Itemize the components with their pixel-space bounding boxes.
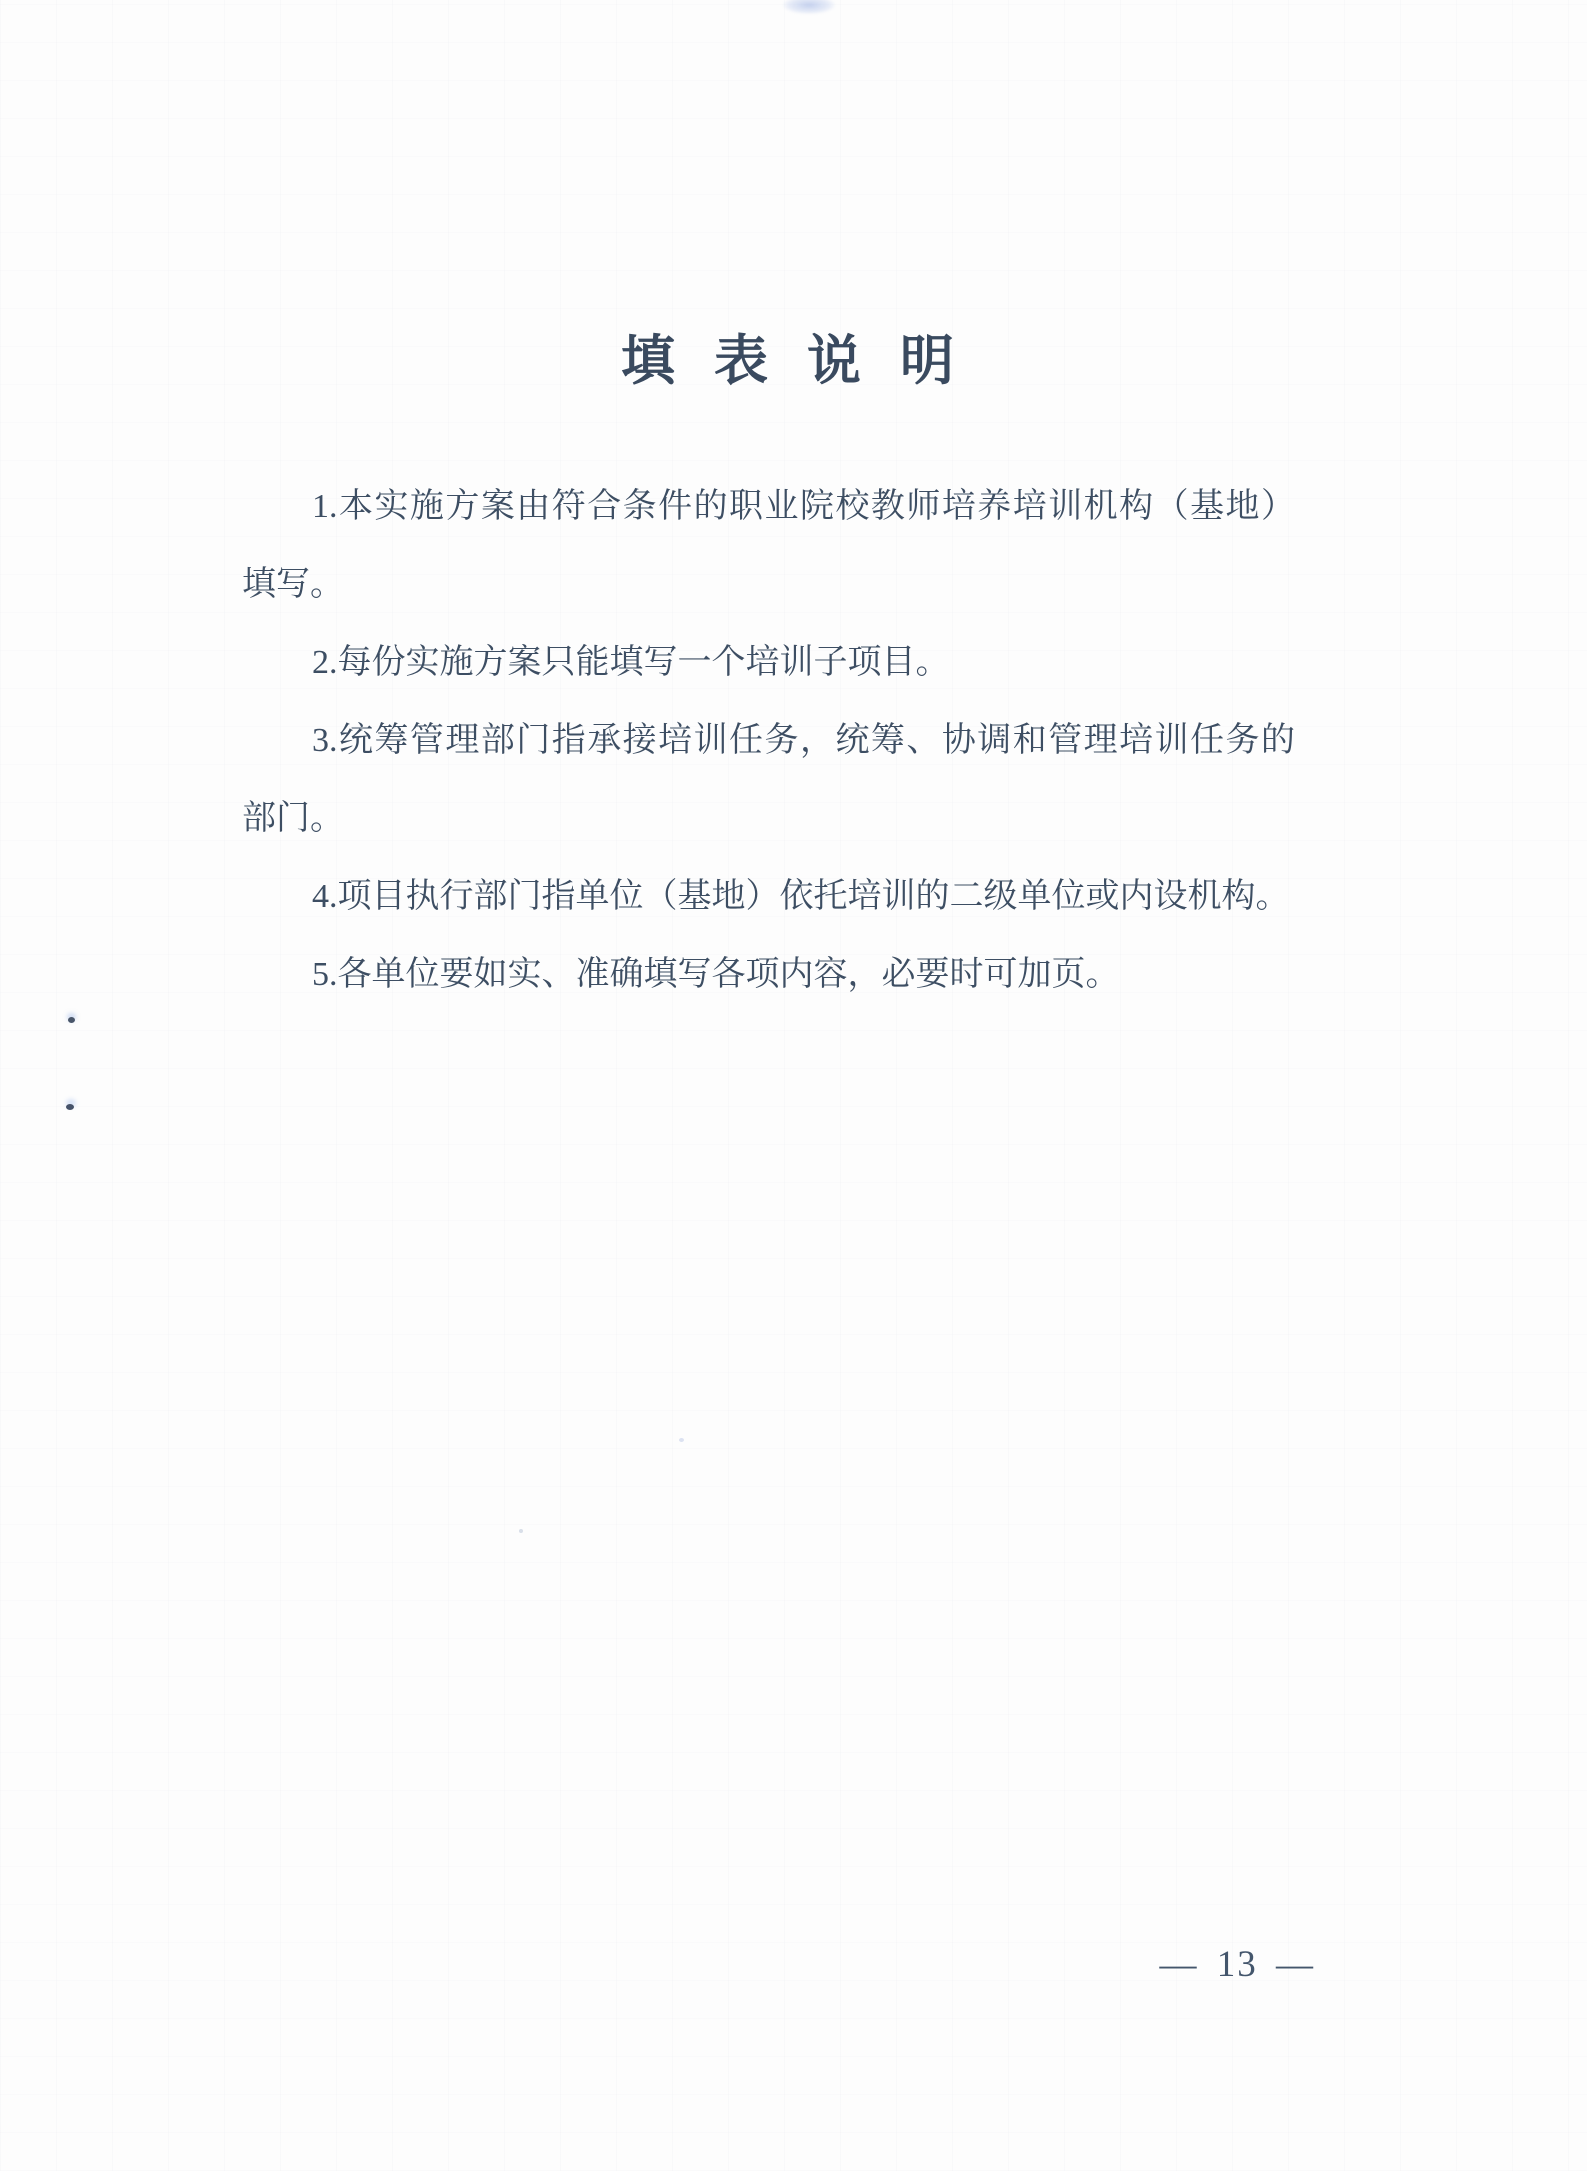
- scan-smudge: [783, 0, 835, 14]
- scan-speck: [66, 1104, 74, 1110]
- instruction-line: 填写。: [242, 546, 1295, 624]
- instruction-line: 2.每份实施方案只能填写一个培训子项目。: [242, 624, 1295, 702]
- instruction-line: 5.各单位要如实、准确填写各项内容，必要时可加页。: [242, 936, 1295, 1014]
- scanned-document-page: 填 表 说 明 1.本实施方案由符合条件的职业院校教师培养培训机构（基地）填写。…: [0, 0, 1587, 2171]
- scan-speck: [519, 1529, 523, 1533]
- page-title: 填 表 说 明: [0, 330, 1587, 392]
- instruction-line: 部门。: [242, 780, 1295, 858]
- instruction-lines: 1.本实施方案由符合条件的职业院校教师培养培训机构（基地）填写。2.每份实施方案…: [242, 468, 1295, 1014]
- instruction-line: 3.统筹管理部门指承接培训任务，统筹、协调和管理培训任务的: [242, 702, 1295, 780]
- scan-speck: [68, 1017, 75, 1023]
- instruction-line: 4.项目执行部门指单位（基地）依托培训的二级单位或内设机构。: [242, 858, 1295, 936]
- instruction-line: 1.本实施方案由符合条件的职业院校教师培养培训机构（基地）: [242, 468, 1295, 546]
- page-number: — 13 —: [1160, 1943, 1316, 1987]
- scan-speck: [679, 1438, 684, 1442]
